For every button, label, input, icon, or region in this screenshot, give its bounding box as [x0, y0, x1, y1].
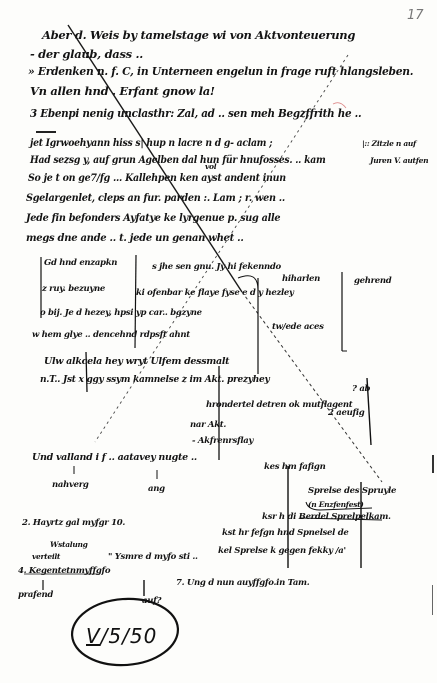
scan-edge-mark — [432, 455, 434, 473]
text-line: Gd hnd enzapkn — [44, 258, 117, 268]
text-line: ? ab — [352, 384, 370, 394]
text-line: w hem glye .. dencehnd rdpsft ahnt — [32, 330, 190, 340]
text-line: nar Akt. — [190, 420, 226, 430]
text-line: (n Enzfenfest) — [308, 500, 364, 509]
text-line: vol — [205, 162, 216, 171]
text-line: 7. Ung d nun auyffgfo.in Tam. — [176, 578, 309, 588]
text-line: Wstalung — [50, 540, 88, 549]
text-line: Had sezsg y, auf grun Agelben dal hun fü… — [30, 154, 325, 166]
text-line: auf? — [142, 596, 161, 606]
text-line: Juren V. autfen — [370, 156, 428, 165]
text-line: Jede fin befonders Ayfatye ke lyrgenue p… — [26, 212, 280, 224]
text-line: - Akfrenrsflay — [192, 436, 253, 446]
text-line: verteilt — [32, 552, 60, 561]
text-line: kes hm fafign — [264, 462, 325, 472]
page-number: 17 — [407, 8, 424, 23]
text-line: 2 aeufig — [328, 408, 364, 418]
scan-edge-mark — [432, 585, 433, 615]
text-line: Sprelse des Spruyle — [308, 486, 396, 496]
text-line: jet Igrwoehyann hiss s| hup n lacre n d … — [30, 137, 272, 149]
text-line: 3 Ebenpi nenig unclasthr: Zal, ad .. sen… — [30, 106, 361, 120]
text-line: Und valland i f .. aatavey nugte .. — [32, 452, 197, 463]
text-line: » Erdenken n. f. C, in Unterneen engelun… — [28, 64, 413, 78]
text-line: Aber d. Weis by tamelstage wi von Aktvon… — [42, 28, 355, 42]
text-line: Vn allen hnd . Erfant gnow la! — [30, 84, 215, 98]
text-line: 2. Hayrtz gal myfgr 10. — [22, 518, 125, 528]
text-line: z ruy. bezuyne — [42, 284, 105, 294]
overline-mark — [36, 131, 56, 133]
text-line: nahverg — [52, 480, 89, 490]
text-line: s jhe sen gnu. Jy hi fekenndo — [152, 262, 281, 272]
text-line: megs dne ande .. t. jede un genan whet .… — [26, 232, 244, 244]
text-line: ki ofenbar ke flaye fyse e d y hezley — [136, 288, 294, 298]
text-line: ang — [148, 484, 165, 494]
text-line: o bij. Je d hezey, hpsi yp car.. bgzyne — [40, 308, 202, 318]
archive-roman-numeral: V — [86, 624, 101, 648]
text-line: Sgelargenlet, cleps an fur. parden :. La… — [26, 192, 285, 204]
text-line: gehrend — [354, 276, 391, 286]
text-line: kel Sprelse k gegen fekky /a' — [218, 546, 346, 556]
text-line: kst hr fefgn hnd Spnelsel de — [222, 528, 348, 538]
text-line: tw/ede aces — [272, 322, 324, 332]
text-line: " Ysmre d myfo sti .. — [108, 552, 198, 562]
text-line: So je t on ge7/fg ... Kallehpen ken ayst… — [28, 172, 286, 184]
manuscript-page: 17 Aber d. Weis by tamelstage wi von Akt… — [0, 0, 437, 683]
text-line: prafend — [18, 590, 53, 600]
text-line: 4. Kegentetnmyffgfo — [18, 566, 110, 576]
text-line: |:: Zitzle n auf — [362, 139, 416, 148]
archive-signature: V/5/50 — [86, 624, 157, 648]
text-line: ksr h di Berdel Sprelpelkam. — [262, 512, 391, 522]
text-line: n.T.. Jst x ggy ssym kamnelse z im Akt. … — [40, 374, 269, 385]
text-line: hiharlen — [282, 274, 320, 284]
text-line: - der glaub, dass .. — [30, 47, 143, 61]
archive-number: /5/50 — [101, 624, 158, 648]
text-line: Ulw alkcela hey wryt Ulfem dessmalt — [44, 356, 229, 367]
